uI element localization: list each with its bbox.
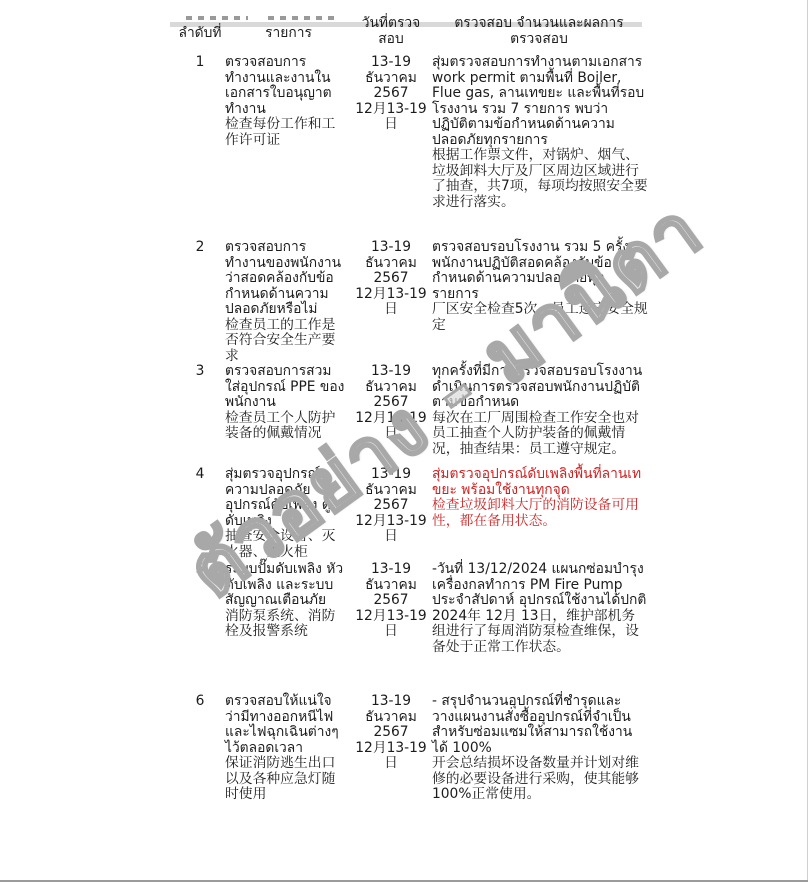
result-chinese: 检查垃圾卸料大厅的消防设备可用性，都在备用状态。 — [432, 498, 648, 529]
item-thai: ตรวจสอบการทำงานของพนักงานว่าสอดคล้องกับข… — [225, 240, 346, 318]
result-chinese: 每次在工厂周围检查工作安全也对员工抽查个人防护装备的佩戴情况，抽查结果：员工遵守… — [432, 411, 648, 458]
result-thai: - สรุปจำนวนอุปกรณ์ที่ชำรุดและวางแผนงานสั… — [432, 694, 648, 756]
cell-no: 5 — [175, 562, 225, 694]
date-line: ธันวาคม — [352, 710, 430, 726]
cell-item: ตรวจสอบการทำงานและงานใน เอกสารใบอนุญาตทำ… — [225, 55, 352, 240]
item-thai: ตรวจสอบให้แน่ใจว่ามีทางออกหนีไฟ และไฟฉุก… — [225, 694, 346, 756]
item-thai: ตรวจสอบการทำงานและงานใน เอกสารใบอนุญาตทำ… — [225, 55, 346, 117]
date-line: 12月13-19 — [352, 609, 430, 625]
date-line: 2567 — [352, 498, 430, 514]
cell-date: 13-19ธันวาคม256712月13-19日 — [352, 562, 430, 694]
result-thai: สุ่มตรวจสอบการทำงานตามเอกสาร work permit… — [432, 55, 648, 148]
date-line: 12月13-19 — [352, 102, 430, 118]
date-line: 日 — [352, 426, 430, 442]
inspection-table: ลำดับที่ รายการ วันที่ตรวจ สอบ ตรวจสอบ จ… — [175, 14, 648, 834]
date-line: 日 — [352, 756, 430, 772]
cell-item: สุ่มตรวจอุปกรณ์ความปลอดภัย อุปกรณ์ดับเพล… — [225, 467, 352, 562]
cell-date: 13-19ธันวาคม256712月13-19日 — [352, 364, 430, 467]
cell-item: ตรวจสอบการทำงานของพนักงานว่าสอดคล้องกับข… — [225, 240, 352, 364]
header-result-line2: ตรวจสอบ — [430, 32, 648, 48]
cell-no: 1 — [175, 55, 225, 240]
item-chinese: 检查每份工作和工作许可证 — [225, 117, 346, 148]
result-thai: ทุกครั้งที่มีการตรวจสอบรอบโรงงาน ดำเนินก… — [432, 364, 648, 411]
date-line: ธันวาคม — [352, 578, 430, 594]
header-result-line1: ตรวจสอบ จำนวนและผลการ — [430, 16, 648, 32]
table-body: 1 ตรวจสอบการทำงานและงานใน เอกสารใบอนุญาต… — [175, 55, 648, 834]
document-page: ตัวอย่าง - มานิตา ลำดับที่ รายการ วันที่… — [0, 0, 808, 882]
cell-item: ตรวจสอบการสวมใส่อุปกรณ์ PPE ของพนักงาน 检… — [225, 364, 352, 467]
cell-result: สุ่มตรวจสอบการทำงานตามเอกสาร work permit… — [430, 55, 648, 240]
date-line: 日 — [352, 529, 430, 545]
cell-no: 2 — [175, 240, 225, 364]
date-line: 12月13-19 — [352, 411, 430, 427]
cell-result: ทุกครั้งที่มีการตรวจสอบรอบโรงงาน ดำเนินก… — [430, 364, 648, 467]
table-row: 4 สุ่มตรวจอุปกรณ์ความปลอดภัย อุปกรณ์ดับเ… — [175, 467, 648, 562]
cell-date: 13-19ธันวาคม256712月13-19日 — [352, 240, 430, 364]
date-line: ธันวาคม — [352, 380, 430, 396]
cell-date: 13-19ธันวาคม256712月13-19日 — [352, 467, 430, 562]
cell-no: 3 — [175, 364, 225, 467]
date-line: 2567 — [352, 593, 430, 609]
date-line: 12月13-19 — [352, 514, 430, 530]
table-row: 3 ตรวจสอบการสวมใส่อุปกรณ์ PPE ของพนักงาน… — [175, 364, 648, 467]
date-line: ธันวาคม — [352, 71, 430, 87]
date-line: 13-19 — [352, 240, 430, 256]
header-date-line1: วันที่ตรวจ — [352, 16, 430, 32]
date-line: 2567 — [352, 725, 430, 741]
header-no: ลำดับที่ — [175, 14, 225, 55]
cell-result: สุ่มตรวจอุปกรณ์ดับเพลิงพื้นที่ลานเทขยะ พ… — [430, 467, 648, 562]
cell-date: 13-19ธันวาคม256712月13-19日 — [352, 694, 430, 834]
item-chinese: 消防泵系统、消防栓及报警系统 — [225, 609, 346, 640]
date-line: 日 — [352, 117, 430, 133]
table-row: 1 ตรวจสอบการทำงานและงานใน เอกสารใบอนุญาต… — [175, 55, 648, 240]
cell-item: ตรวจสอบให้แน่ใจว่ามีทางออกหนีไฟ และไฟฉุก… — [225, 694, 352, 834]
date-line: 2567 — [352, 86, 430, 102]
item-chinese: 检查员工个人防护装备的佩戴情况 — [225, 411, 346, 442]
date-line: 日 — [352, 624, 430, 640]
cell-no: 6 — [175, 694, 225, 834]
result-chinese: 根据工作票文件，对锅炉、烟气、垃圾卸料大厅及厂区周边区域进行了抽查，共7项，每项… — [432, 148, 648, 210]
date-line: 日 — [352, 302, 430, 318]
date-line: 13-19 — [352, 364, 430, 380]
item-chinese: 检查员工的工作是否符合安全生产要求 — [225, 318, 346, 365]
header-item: รายการ — [225, 14, 352, 55]
cell-date: 13-19ธันวาคม256712月13-19日 — [352, 55, 430, 240]
cell-no: 4 — [175, 467, 225, 562]
item-thai: ตรวจสอบการสวมใส่อุปกรณ์ PPE ของพนักงาน — [225, 364, 346, 411]
item-thai: สุ่มตรวจอุปกรณ์ความปลอดภัย อุปกรณ์ดับเพล… — [225, 467, 346, 529]
date-line: 12月13-19 — [352, 287, 430, 303]
date-line: ธันวาคม — [352, 483, 430, 499]
table-header-row: ลำดับที่ รายการ วันที่ตรวจ สอบ ตรวจสอบ จ… — [175, 14, 648, 55]
date-line: 13-19 — [352, 55, 430, 71]
table-row: 2 ตรวจสอบการทำงานของพนักงานว่าสอดคล้องกั… — [175, 240, 648, 364]
date-line: 13-19 — [352, 694, 430, 710]
item-chinese: 保证消防逃生出口以及各种应急灯随时使用 — [225, 756, 346, 803]
cell-result: - สรุปจำนวนอุปกรณ์ที่ชำรุดและวางแผนงานสั… — [430, 694, 648, 834]
table-row: 5 ระบบปั๊มดับเพลิง หัวดับเพลิง และระบบสั… — [175, 562, 648, 694]
date-line: 13-19 — [352, 562, 430, 578]
cell-item: ระบบปั๊มดับเพลิง หัวดับเพลิง และระบบสัญญ… — [225, 562, 352, 694]
date-line: ธันวาคม — [352, 256, 430, 272]
date-line: 12月13-19 — [352, 741, 430, 757]
cell-result: -วันที่ 13/12/2024 แผนกซ่อมบำรุงเครื่องก… — [430, 562, 648, 694]
header-result: ตรวจสอบ จำนวนและผลการ ตรวจสอบ — [430, 14, 648, 55]
date-line: 13-19 — [352, 467, 430, 483]
date-line: 2567 — [352, 395, 430, 411]
result-thai: สุ่มตรวจอุปกรณ์ดับเพลิงพื้นที่ลานเทขยะ พ… — [432, 467, 648, 498]
table-row: 6 ตรวจสอบให้แน่ใจว่ามีทางออกหนีไฟ และไฟฉ… — [175, 694, 648, 834]
item-chinese: 抽查安全设备、灭火器、灭火柜 — [225, 529, 346, 560]
result-chinese: 开会总结损坏设备数量并计划对维修的必要设备进行采购，使其能够100%正常使用。 — [432, 756, 648, 803]
header-date: วันที่ตรวจ สอบ — [352, 14, 430, 55]
result-chinese: 2024年 12月 13日，维护部机务组进行了每周消防泵检查维保，设备处于正常工… — [432, 609, 648, 656]
item-thai: ระบบปั๊มดับเพลิง หัวดับเพลิง และระบบสัญญ… — [225, 562, 346, 609]
header-date-line2: สอบ — [352, 32, 430, 48]
cell-result: ตรวจสอบรอบโรงงาน รวม 5 ครั้ง พนักงานปฏิบ… — [430, 240, 648, 364]
result-thai: -วันที่ 13/12/2024 แผนกซ่อมบำรุงเครื่องก… — [432, 562, 648, 609]
result-thai: ตรวจสอบรอบโรงงาน รวม 5 ครั้ง พนักงานปฏิบ… — [432, 240, 648, 302]
date-line: 2567 — [352, 271, 430, 287]
result-chinese: 厂区安全检查5次，员工遵守安全规定 — [432, 302, 648, 333]
